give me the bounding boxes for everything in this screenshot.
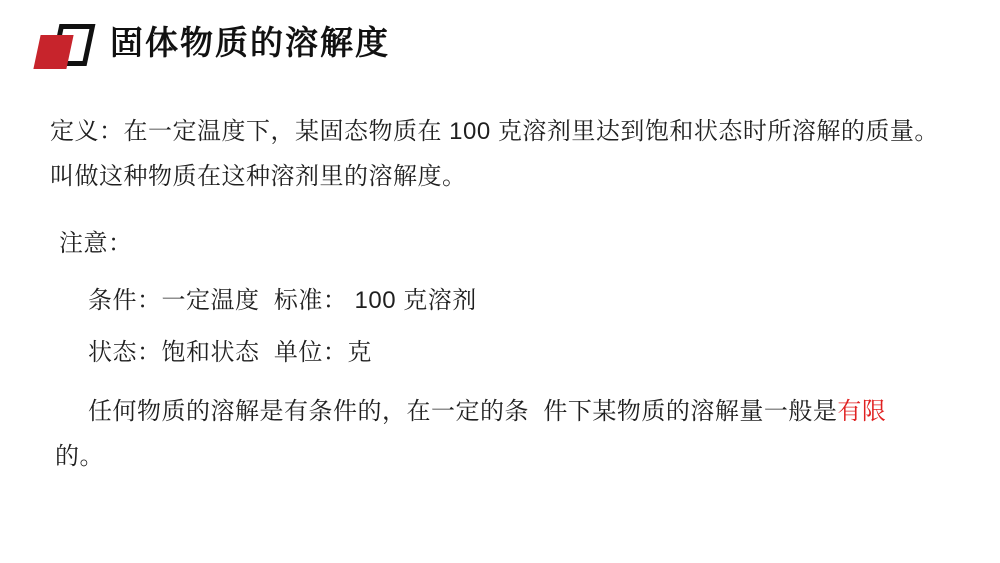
presentation-slide: 固体物质的溶解度 定义：在一定温度下，某固态物质在 100 克溶剂里达到饱和状态…	[0, 0, 1000, 563]
note-label: 注意：	[59, 228, 133, 260]
conclusion-line-1: 任何物质的溶解是有条件的，在一定的条 件下某物质的溶解量一般是有限	[88, 396, 886, 428]
conclusion-red-text: 有限	[837, 398, 886, 425]
page-title: 固体物质的溶解度	[110, 24, 390, 62]
note-state-unit: 状态：饱和状态 单位：克	[88, 337, 372, 369]
conclusion-line-2: 的。	[55, 441, 104, 473]
note-condition-standard: 条件：一定温度 标准： 100 克溶剂	[88, 285, 477, 317]
conclusion-black-text: 任何物质的溶解是有条件的，在一定的条 件下某物质的溶解量一般是	[88, 398, 837, 425]
definition-line-1: 定义：在一定温度下，某固态物质在 100 克溶剂里达到饱和状态时所溶解的质量。	[50, 116, 939, 148]
parallelogram-bullet-icon	[30, 12, 100, 76]
definition-line-2: 叫做这种物质在这种溶剂里的溶解度。	[50, 161, 467, 193]
title-row: 固体物质的溶解度	[0, 0, 1000, 90]
